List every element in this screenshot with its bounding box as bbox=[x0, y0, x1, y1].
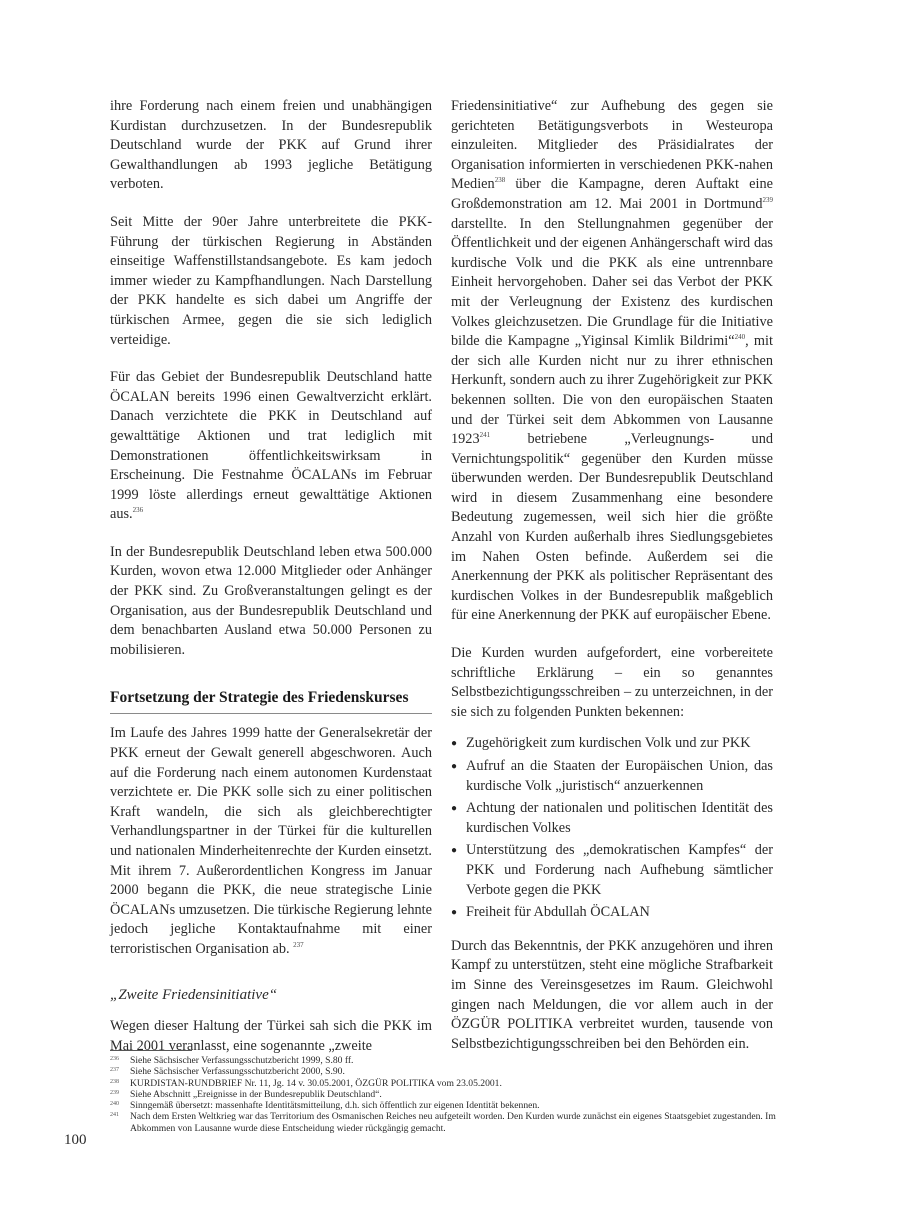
footnote-ref[interactable]: 236 bbox=[133, 506, 144, 514]
footnote-number: 237 bbox=[110, 1066, 130, 1077]
paragraph-text: darstellte. In den Stellungnahmen gegenü… bbox=[451, 216, 773, 350]
paragraph: Durch das Bekenntnis, der PKK anzugehöre… bbox=[451, 937, 773, 1055]
paragraph: ihre Forderung nach einem freien und una… bbox=[110, 97, 432, 195]
right-column: Friedensinitiative“ zur Aufhebung des ge… bbox=[451, 97, 773, 1072]
paragraph: Die Kurden wurden aufgefordert, eine vor… bbox=[451, 644, 773, 722]
section-heading: Fortsetzung der Strategie des Friedensku… bbox=[110, 688, 432, 714]
left-column: ihre Forderung nach einem freien und una… bbox=[110, 97, 432, 1074]
footnotes: 236Siehe Sächsischer Verfassungsschutzbe… bbox=[110, 1055, 780, 1134]
paragraph: Für das Gebiet der Bundesrepublik Deutsc… bbox=[110, 368, 432, 525]
page-number: 100 bbox=[64, 1132, 87, 1149]
footnote-text: KURDISTAN-RUNDBRIEF Nr. 11, Jg. 14 v. 30… bbox=[130, 1078, 780, 1089]
footnote: 236Siehe Sächsischer Verfassungsschutzbe… bbox=[110, 1055, 780, 1066]
paragraph-text: betriebene „Verleugnungs- und Vernichtun… bbox=[451, 431, 773, 623]
paragraph: Seit Mitte der 90er Jahre unterbreitete … bbox=[110, 213, 432, 350]
footnote-text: Siehe Sächsischer Verfassungsschutzberic… bbox=[130, 1055, 780, 1066]
footnote-number: 240 bbox=[110, 1100, 130, 1111]
footnote: 241Nach dem Ersten Weltkrieg war das Ter… bbox=[110, 1111, 780, 1134]
bullet-list: Zugehörigkeit zum kurdischen Volk und zu… bbox=[451, 734, 773, 922]
paragraph: Im Laufe des Jahres 1999 hatte der Gener… bbox=[110, 724, 432, 959]
footnote: 238KURDISTAN-RUNDBRIEF Nr. 11, Jg. 14 v.… bbox=[110, 1078, 780, 1089]
list-item: Unterstützung des „demokratischen Kampfe… bbox=[451, 841, 773, 900]
footnote-number: 241 bbox=[110, 1111, 130, 1134]
footnote-ref[interactable]: 241 bbox=[480, 431, 491, 439]
paragraph-text: Im Laufe des Jahres 1999 hatte der Gener… bbox=[110, 725, 432, 957]
footnote-ref[interactable]: 237 bbox=[293, 941, 304, 949]
footnote-number: 239 bbox=[110, 1089, 130, 1100]
list-item: Aufruf an die Staaten der Europäischen U… bbox=[451, 757, 773, 796]
footnote-text: Sinngemäß übersetzt: massenhafte Identit… bbox=[130, 1100, 780, 1111]
paragraph-text: , mit der sich alle Kurden nicht nur zu … bbox=[451, 333, 773, 447]
footnote-text: Siehe Sächsischer Verfassungsschutzberic… bbox=[130, 1066, 780, 1077]
footnote-ref[interactable]: 239 bbox=[763, 196, 774, 204]
footnote-ref[interactable]: 238 bbox=[495, 176, 506, 184]
footnote: 240Sinngemäß übersetzt: massenhafte Iden… bbox=[110, 1100, 780, 1111]
list-item: Zugehörigkeit zum kurdischen Volk und zu… bbox=[451, 734, 773, 754]
footnote-ref[interactable]: 240 bbox=[735, 333, 746, 341]
footnote: 237Siehe Sächsischer Verfassungsschutzbe… bbox=[110, 1066, 780, 1077]
paragraph: Friedensinitiative“ zur Aufhebung des ge… bbox=[451, 97, 773, 626]
subsection-heading: „Zweite Friedensinitiative“ bbox=[110, 986, 432, 1006]
list-item: Freiheit für Abdullah ÖCALAN bbox=[451, 903, 773, 923]
paragraph: In der Bundesrepublik Deutschland leben … bbox=[110, 543, 432, 661]
list-item: Achtung der nationalen und politischen I… bbox=[451, 799, 773, 838]
footnote-number: 238 bbox=[110, 1078, 130, 1089]
footnote-text: Siehe Abschnitt „Ereignisse in der Bunde… bbox=[130, 1089, 780, 1100]
footnote-divider bbox=[110, 1050, 192, 1051]
footnote-text: Nach dem Ersten Weltkrieg war das Territ… bbox=[130, 1111, 780, 1134]
paragraph-text: Für das Gebiet der Bundesrepublik Deutsc… bbox=[110, 369, 432, 522]
footnote-number: 236 bbox=[110, 1055, 130, 1066]
footnote: 239Siehe Abschnitt „Ereignisse in der Bu… bbox=[110, 1089, 780, 1100]
